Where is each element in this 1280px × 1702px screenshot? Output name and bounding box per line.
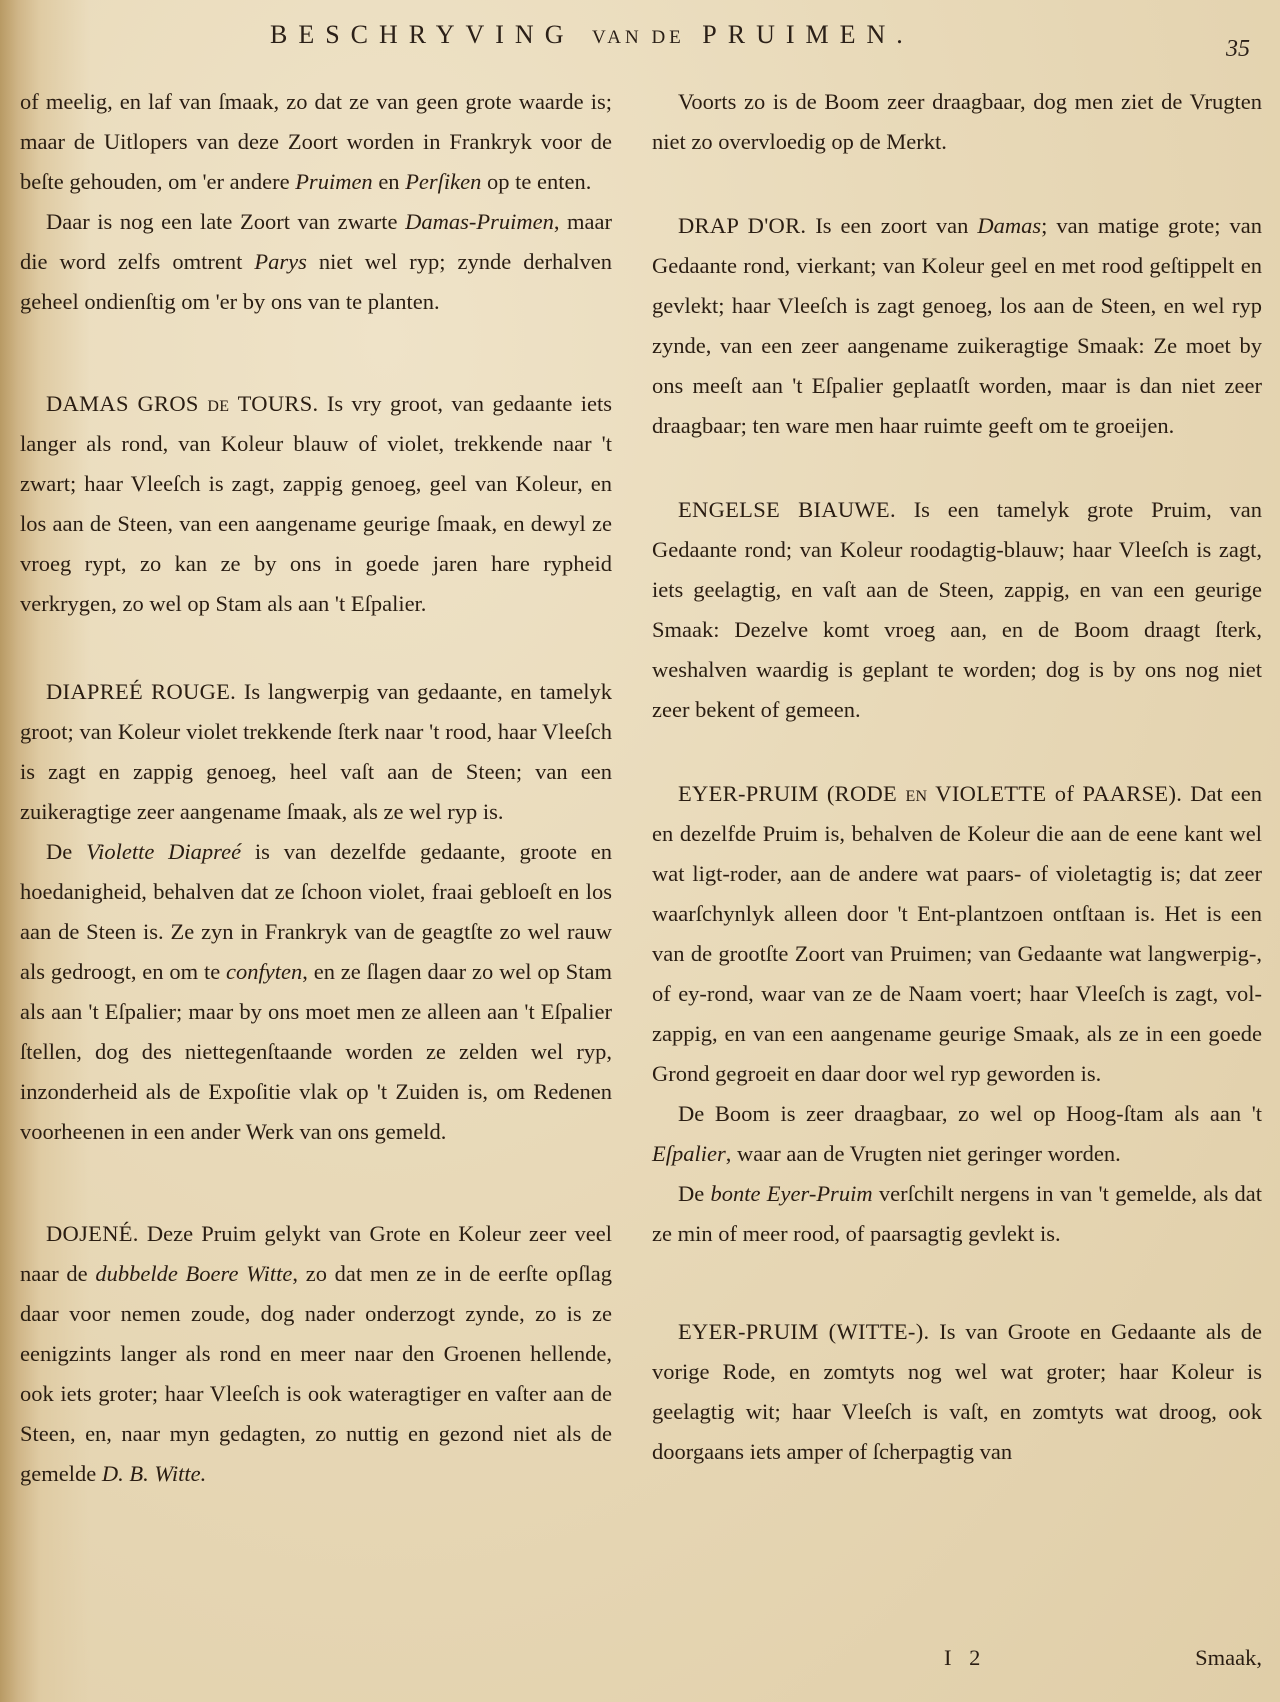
text: De <box>678 1181 711 1206</box>
italic-term: bonte Eyer-Pruim <box>711 1181 873 1206</box>
heading-part: DAMAS GROS <box>46 391 207 416</box>
entry-text: Is een tamelyk grote Pruim, van Gedaante… <box>652 497 1262 722</box>
italic-term: Damas-Pruimen <box>405 209 554 234</box>
italic-term: Pruimen <box>295 169 373 194</box>
text: en <box>373 169 406 194</box>
heading-part: EYER-PRUIM (RODE <box>678 781 905 806</box>
text: Daar is nog een late Zoort van zwarte <box>46 209 405 234</box>
italic-term: Damas <box>977 213 1041 238</box>
heading-part: of <box>1055 781 1074 806</box>
page-number: 35 <box>1226 36 1250 63</box>
heading-part: de <box>207 391 229 416</box>
text: op te enten. <box>481 169 591 194</box>
signature-mark: I 2 <box>944 1645 986 1671</box>
entry-drap-dor: DRAP D'OR. Is een zoort van Damas; van m… <box>652 206 1262 446</box>
italic-term: confyten <box>226 959 302 984</box>
entry-text: Dat een en dezelfde Pruim is, behalven d… <box>652 781 1262 1086</box>
entry-heading: ENGELSE BIAUWE. <box>678 497 896 522</box>
entry-heading: DAMAS GROS de TOURS. <box>46 391 318 416</box>
entry-text: ; van matige grote; van Gedaante rond, v… <box>652 213 1262 438</box>
paragraph-continuation-right: Voorts zo is de Boom zeer draagbaar, dog… <box>652 82 1262 162</box>
entry-heading: DIAPREÉ ROUGE. <box>46 679 236 704</box>
text: De Boom is zeer draagbaar, zo wel op Hoo… <box>678 1101 1262 1126</box>
entry-text: , zo dat men ze in de eerſte opſlag daar… <box>20 1261 612 1486</box>
heading-part: PAARSE). <box>1074 781 1182 806</box>
paragraph-boom: De Boom is zeer draagbaar, zo wel op Hoo… <box>652 1094 1262 1174</box>
running-head-main: BESCHRYVING <box>270 20 574 49</box>
entry-dojene: DOJENÉ. Deze Pruim gelykt van Grote en K… <box>20 1214 612 1494</box>
right-column: Voorts zo is de Boom zeer draagbaar, dog… <box>652 82 1262 1472</box>
paragraph-violette-diapree: De Violette Diapreé is van dezelfde geda… <box>20 832 612 1152</box>
entry-text: Is een zoort van <box>806 213 977 238</box>
heading-part: en <box>905 781 927 806</box>
heading-part: VIOLETTE <box>927 781 1054 806</box>
italic-term: D. B. Witte. <box>102 1461 206 1486</box>
entry-heading: EYER-PRUIM (RODE en VIOLETTE of PAARSE). <box>678 781 1182 806</box>
italic-term: Eſpalier <box>652 1141 726 1166</box>
book-page: BESCHRYVING VAN DE PRUIMEN. 35 of meelig… <box>0 0 1280 1702</box>
entry-heading: DRAP D'OR. <box>678 213 806 238</box>
entry-diapree-rouge: DIAPREÉ ROUGE. Is langwerpig van gedaant… <box>20 672 612 832</box>
paragraph-late-damas: Daar is nog een late Zoort van zwarte Da… <box>20 202 612 322</box>
heading-part: TOURS. <box>229 391 318 416</box>
running-head: BESCHRYVING VAN DE PRUIMEN. 35 <box>270 20 1250 60</box>
entry-text: Is vry groot, van gedaante iets langer a… <box>20 391 612 616</box>
text: Voorts zo is de Boom zeer draagbaar, dog… <box>652 89 1262 154</box>
entry-heading: DOJENÉ. <box>46 1221 139 1246</box>
entry-heading: EYER-PRUIM (WITTE-). <box>678 1319 929 1344</box>
catchword: Smaak, <box>1195 1645 1262 1671</box>
text: , waar aan de Vrugten niet geringer word… <box>726 1141 1121 1166</box>
entry-eyer-pruim-witte: EYER-PRUIM (WITTE-). Is van Groote en Ge… <box>652 1312 1262 1472</box>
left-column: of meelig, en laf van ſmaak, zo dat ze v… <box>20 82 612 1494</box>
entry-eyer-pruim-rode: EYER-PRUIM (RODE en VIOLETTE of PAARSE).… <box>652 774 1262 1094</box>
paragraph-bonte-eyer-pruim: De bonte Eyer-Pruim verſchilt nergens in… <box>652 1174 1262 1254</box>
italic-term: Parys <box>254 249 307 274</box>
running-head-mid: VAN DE <box>592 27 685 48</box>
running-head-title: BESCHRYVING VAN DE PRUIMEN. <box>270 20 914 50</box>
italic-term: Violette Diapreé <box>86 839 241 864</box>
italic-term: dubbelde Boere Witte <box>95 1261 292 1286</box>
page-footer: I 2 Smaak, <box>652 1645 1262 1685</box>
text: , en ze ſlagen daar zo wel op Stam als a… <box>20 959 612 1144</box>
italic-term: Perſiken <box>405 169 481 194</box>
text: De <box>46 839 86 864</box>
paragraph-continuation: of meelig, en laf van ſmaak, zo dat ze v… <box>20 82 612 202</box>
entry-damas-gros-de-tours: DAMAS GROS de TOURS. Is vry groot, van g… <box>20 384 612 624</box>
running-head-end: PRUIMEN. <box>702 20 914 49</box>
entry-engelse-biauwe: ENGELSE BIAUWE. Is een tamelyk grote Pru… <box>652 490 1262 730</box>
